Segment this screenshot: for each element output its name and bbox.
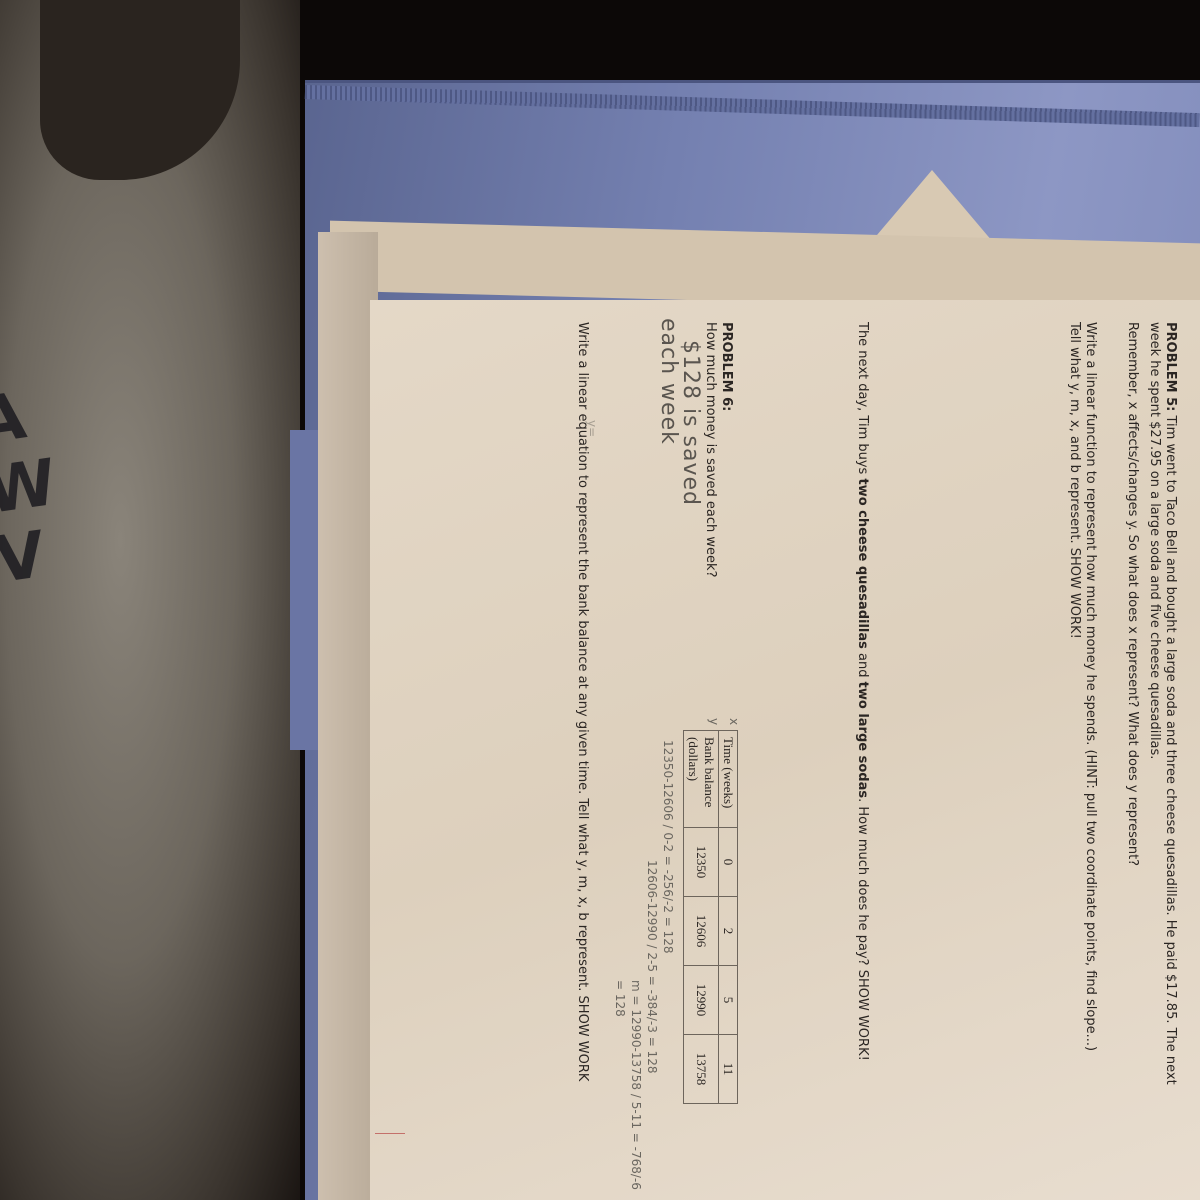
axis-y-label: y [706,718,722,725]
problem5-remember: Remember, x affects/changes y. So what d… [1124,322,1140,866]
table-header: Bank balance (dollars) [684,731,719,828]
worksheet-content: PROBLEM 5: Tim went to Taco Bell and bou… [560,300,1200,1200]
shirt-print: A W V [0,376,119,804]
table-cell: 13758 [684,1035,719,1104]
folder-tab [290,430,318,750]
handwritten-calc2: 12606-12990 / 2-5 = -384/-3 = 128 [644,860,660,1073]
margin-line [375,1133,405,1134]
data-table: Time (weeks) 0 2 5 11 Bank balance (doll… [683,730,738,1104]
problem5-instruction1: Write a linear function to represent how… [1082,322,1098,1051]
axis-x-label: x [726,718,742,725]
handwritten-calc1: 12350-12606 / 0-2 = -256/-2 = 128 [660,740,676,953]
table-cell: 12350 [684,828,719,897]
table-row: Bank balance (dollars) 12350 12606 12990… [684,731,719,1104]
handwritten-answer-line1: $128 is saved [678,340,702,506]
handwritten-answer-line2: each week [656,318,680,445]
table-cell: 12606 [684,897,719,966]
problem5-line2: week he spent $27.95 on a large soda and… [1146,322,1162,759]
table-cell: 0 [719,828,738,897]
next-day-suffix: . How much does he pay? SHOW WORK! [855,798,870,1061]
problem5-instruction2: Tell what y, m, x, and b represent. SHOW… [1066,322,1082,639]
next-day-bold2: two large sodas [855,682,870,798]
table-cell: 12990 [684,966,719,1035]
problem5-text1: Tim went to Taco Bell and bought a large… [1163,416,1178,1085]
table-row: Time (weeks) 0 2 5 11 [719,731,738,1104]
problem5-heading: PROBLEM 5: [1163,322,1178,411]
stray-mark: y= [584,420,600,437]
problem6-heading-text: PROBLEM 6: [719,322,734,411]
handwritten-calc3: m = 12990-13758 / 5-11 = -768/-6 = 128 [612,980,644,1200]
problem6-question: How much money is saved each week? [702,322,718,577]
problem5-line1: PROBLEM 5: Tim went to Taco Bell and bou… [1162,322,1178,1085]
problem5-next-day: The next day, Tim buys two cheese quesad… [854,322,870,1061]
next-day-prefix: The next day, Tim buys [855,322,870,478]
next-day-mid: and [855,649,870,682]
back-paper-edge [318,232,378,1200]
table-cell: 2 [719,897,738,966]
shirt-collar [40,0,240,180]
table-cell: 5 [719,966,738,1035]
next-day-bold1: two cheese quesadillas [855,478,870,648]
table-header: Time (weeks) [719,731,738,828]
table-cell: 11 [719,1035,738,1104]
problem6-heading: PROBLEM 6: [718,322,734,411]
gray-shirt: A W V [0,0,300,1200]
